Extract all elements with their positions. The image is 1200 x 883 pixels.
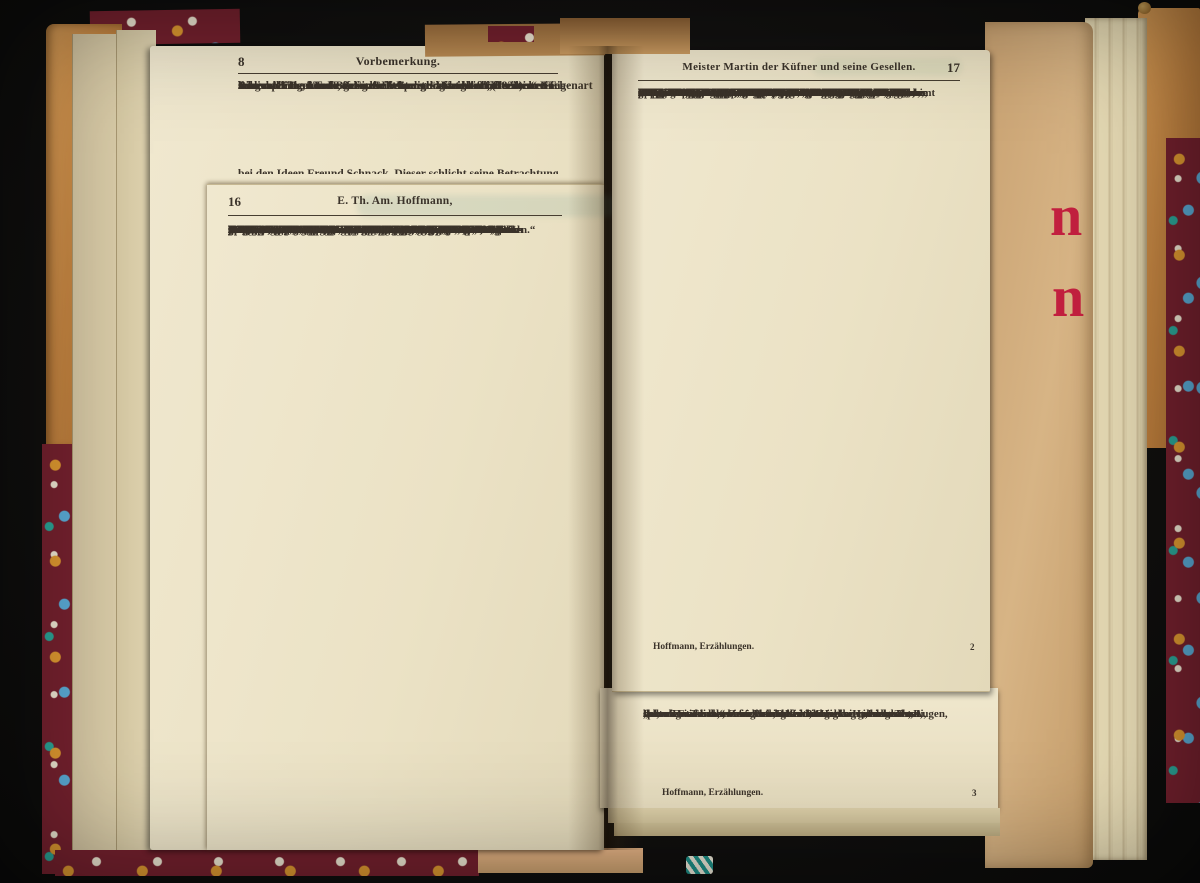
page-edge-stack-left bbox=[72, 34, 120, 850]
right-cover-marble bbox=[1166, 138, 1200, 803]
text-line: damals war ich zwar noch ein Kind, aber … bbox=[643, 708, 920, 721]
page-8-rule bbox=[238, 73, 558, 74]
book-photograph: n n 8 Vorbemerkung. schlichtes Denkmal. … bbox=[0, 0, 1200, 883]
page-16-sheet: 16 E. Th. Am. Hoffmann, den Tisch deckte… bbox=[207, 184, 604, 850]
text-line: liebevoll eingehende, gerechte Würdigung… bbox=[238, 79, 593, 94]
red-letter-fragment: n bbox=[1052, 276, 1086, 324]
backing-page bbox=[985, 22, 1093, 868]
page-16-rule bbox=[228, 215, 562, 216]
under-sheet-edge bbox=[608, 808, 1000, 823]
page-8-clipped-line: bei den Ideen Freund Schnack. Dieser sch… bbox=[238, 167, 558, 174]
page-16-running-head: E. Th. Am. Hoffmann, bbox=[228, 195, 562, 207]
overlap-page-signature: 3 bbox=[972, 788, 977, 798]
text-line: fuhr Spangenberg fort, „wenn nun ein tüc… bbox=[228, 224, 507, 237]
page-17-sheet: Meister Martin der Küfner und seine Gese… bbox=[612, 50, 990, 692]
bottom-tan-strip bbox=[478, 848, 643, 873]
text-line: ein unsauberer Geist, ein nichtsnütziger… bbox=[638, 87, 927, 100]
bottom-marble-strip bbox=[55, 850, 479, 876]
clasp-pin bbox=[1138, 2, 1151, 14]
page-17-signature: 2 bbox=[970, 642, 975, 652]
fore-edge-stack-right bbox=[1085, 18, 1147, 860]
headband bbox=[686, 856, 713, 874]
page-17-running-head: Meister Martin der Küfner und seine Gese… bbox=[638, 61, 960, 73]
page-17-footer: Hoffmann, Erzählungen. bbox=[653, 642, 754, 652]
top-edge-strip bbox=[560, 18, 690, 54]
page-17-number: 17 bbox=[944, 60, 960, 76]
overlap-page-footer: Hoffmann, Erzählungen. bbox=[662, 788, 763, 798]
page-8-running-head: Vorbemerkung. bbox=[238, 54, 558, 69]
red-letter-fragment: n bbox=[1050, 196, 1084, 242]
top-edge-marble-fleck bbox=[488, 26, 534, 42]
overlap-page-sheet: sprach Friedrich, befreit von aller Bang… bbox=[600, 688, 998, 808]
page-17-rule bbox=[638, 80, 960, 81]
under-sheet-edge bbox=[614, 823, 1000, 836]
